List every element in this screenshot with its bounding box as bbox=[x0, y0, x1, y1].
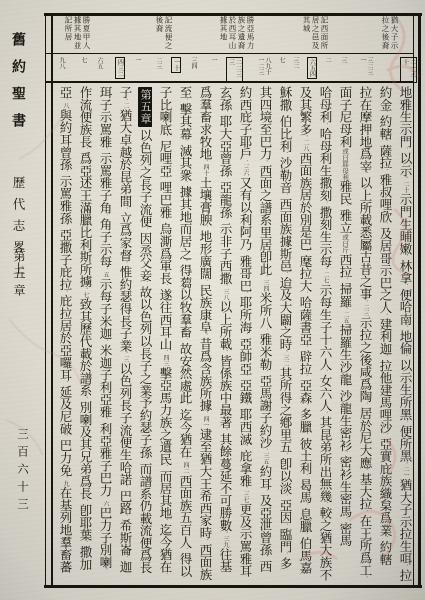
margin-annotation: 勝亞馬力族之遺裔於西耳山據其地 bbox=[233, 16, 255, 56]
chapter-margin-label: 第五章 bbox=[11, 250, 28, 301]
verse-number-group: 一 bbox=[134, 57, 141, 63]
verse-marker: 二五 bbox=[342, 312, 349, 324]
punctuation: 、 bbox=[343, 205, 348, 210]
verse-marker: 三二 bbox=[282, 355, 289, 367]
punctuation: 、 bbox=[403, 284, 408, 289]
verse-marker: 三九 bbox=[222, 536, 229, 548]
chapter-header-box: 第五章 bbox=[138, 87, 152, 127]
text-column: 哈母利、哈母利生撒刻、撒刻生示每。二七示每生子十六人、女六人。其昆弟所出無幾、較… bbox=[318, 86, 332, 582]
verse-marker: 三六 bbox=[242, 164, 249, 176]
punctuation: 、 bbox=[283, 494, 288, 499]
punctuation: 、 bbox=[363, 172, 368, 177]
frame-right-inner-rule bbox=[413, 13, 414, 588]
punctuation: 。 bbox=[63, 290, 68, 295]
text-column: 至、擊其幕、滅其衆、據其地而居之。得蒭以牧羣畜、故安然處此、迄今猶在。四二西面族… bbox=[178, 86, 192, 582]
verse-marker: 二七 bbox=[322, 272, 329, 284]
punctuation: 、 bbox=[103, 148, 108, 153]
verse-marker: 二一 bbox=[402, 466, 409, 478]
punctuation: 、 bbox=[363, 403, 368, 408]
punctuation: 、 bbox=[383, 433, 388, 438]
punctuation: 、 bbox=[383, 111, 388, 116]
margin-annotation: 記西面所居之邑及其城 bbox=[307, 16, 329, 56]
verse-number-group: 二一三十 bbox=[400, 57, 417, 83]
punctuation: 、 bbox=[83, 148, 88, 153]
punctuation: 、 bbox=[323, 123, 328, 128]
verse-marker: 四一 bbox=[202, 416, 209, 428]
punctuation: 、 bbox=[383, 140, 388, 145]
punctuation: 、 bbox=[283, 152, 288, 157]
punctuation: 、 bbox=[183, 98, 188, 103]
punctuation: 、 bbox=[403, 148, 408, 153]
punctuation: 、 bbox=[403, 325, 408, 330]
text-column: 及其繁多。二八西面族居於別是巴、麾拉大、哈薩書亞、辟拉、亞森、多臘、彼土利、曷馬… bbox=[298, 86, 312, 582]
punctuation: 、 bbox=[223, 111, 228, 116]
punctuation: 。 bbox=[103, 568, 108, 573]
verse-marker: 二 bbox=[122, 103, 129, 109]
text-column: 爲羣畜求牧地、四十土壤膏腴、地形廣闊、民族康阜。昔爲含族所據、四一逮至猶大王希西… bbox=[198, 86, 212, 582]
punctuation: 、 bbox=[243, 250, 248, 255]
punctuation: 、 bbox=[123, 485, 128, 490]
punctuation: 、 bbox=[323, 370, 328, 375]
frame-right-outer-rule bbox=[418, 13, 421, 588]
punctuation: 、 bbox=[143, 458, 148, 463]
text-column: 約西庇子耶戶、三六又有以利阿乃、雅哥巴、耶所海、亞帥亞、亞鐵、耶西滅、庇拿雅、三… bbox=[238, 86, 252, 582]
punctuation: 、 bbox=[323, 201, 328, 206]
verse-marker: 三八 bbox=[222, 289, 229, 301]
punctuation: 、 bbox=[163, 465, 168, 470]
punctuation: 。 bbox=[363, 576, 368, 581]
text-column: 穌撒、伯比利、沙勒音、西面族據斯邑、迨及大闢之時。三二其所得之鄕里五、卽以淡、亞… bbox=[278, 86, 292, 582]
text-column: 約金、約轄、薩拉、雅叔哩欣、及居哥示巴之人。建利迦、拉他建馬哩沙、亞實庇族織枲爲… bbox=[378, 86, 392, 582]
page-number: 三百六十三 bbox=[15, 428, 31, 516]
punctuation: 、 bbox=[263, 556, 268, 561]
punctuation: 、 bbox=[303, 533, 308, 538]
punctuation: 、 bbox=[383, 223, 388, 228]
punctuation: 、 bbox=[163, 177, 168, 182]
punctuation: 。 bbox=[323, 412, 328, 417]
punctuation: 、 bbox=[123, 207, 128, 212]
punctuation: 、 bbox=[383, 536, 388, 541]
punctuation: 、 bbox=[243, 375, 248, 380]
verse-marker: 三五 bbox=[262, 453, 269, 465]
punctuation: 。 bbox=[123, 261, 128, 266]
punctuation: 、 bbox=[63, 435, 68, 440]
punctuation: 、 bbox=[103, 214, 108, 219]
punctuation: 、 bbox=[283, 553, 288, 558]
punctuation: 。 bbox=[383, 313, 388, 318]
verse-marker: 三四 bbox=[262, 280, 269, 292]
verse-marker: 六 bbox=[102, 501, 109, 507]
punctuation: 、 bbox=[303, 503, 308, 508]
margin-annotation: 勝夏甲人據其地並記所居 bbox=[69, 16, 91, 56]
punctuation: 、 bbox=[183, 404, 188, 409]
verse-marker: 四十 bbox=[202, 164, 209, 176]
punctuation: 、 bbox=[303, 250, 308, 255]
punctuation: 、 bbox=[283, 272, 288, 277]
punctuation: 、 bbox=[143, 228, 148, 233]
punctuation: 、 bbox=[283, 524, 288, 529]
punctuation: 、 bbox=[183, 140, 188, 145]
punctuation: 。 bbox=[403, 354, 408, 359]
verse-marker: 七 bbox=[82, 292, 89, 298]
punctuation: 、 bbox=[203, 226, 208, 231]
text-column: 子。二猶大卓越於昆弟間、立爲家督。惟約瑟得長子業。三以色列長子流便生哈諾、巴路、… bbox=[118, 86, 132, 582]
punctuation: 、 bbox=[123, 515, 128, 520]
punctuation: 。 bbox=[183, 260, 188, 265]
punctuation: 、 bbox=[83, 500, 88, 505]
verse-number-group: 一 bbox=[210, 57, 217, 63]
punctuation: 、 bbox=[383, 169, 388, 174]
punctuation: 、 bbox=[163, 284, 168, 289]
punctuation: 、 bbox=[283, 111, 288, 116]
punctuation: 、 bbox=[343, 385, 348, 390]
punctuation: 、 bbox=[123, 556, 128, 561]
verse-number-group: 四三二 bbox=[115, 57, 125, 79]
punctuation: 、 bbox=[203, 539, 208, 544]
punctuation: 、 bbox=[183, 338, 188, 343]
punctuation: 、 bbox=[303, 404, 308, 409]
text-column: 第五章以色列之長子流便、因烝父妾、故以色列以長子之業予約瑟子孫、而譜系仍載流便爲… bbox=[138, 86, 152, 582]
verse-number-group: 七 bbox=[278, 57, 285, 63]
punctuation: 、 bbox=[243, 292, 248, 297]
text-column: 玄孫、耶大亞曾孫、亞龍孫、示非子西撒。三八以上所載、皆係族中最著。其餘蔓延不可勝… bbox=[218, 86, 232, 582]
text-column: 作流便族長、爲亞述王滿臘比利斯所擄。七致其歷代載於譜系。別喇及其兄弟爲長、卽耶葉… bbox=[78, 86, 92, 582]
punctuation: 。 bbox=[223, 428, 228, 433]
text-column: 地雅生示門、以示。二十示門生晡嫩、林拿、便哈南、地倫。以示生所黑、便所黑。二一猶… bbox=[398, 86, 412, 582]
verse-number-group: 八九十一二三 bbox=[257, 57, 271, 79]
punctuation: 。 bbox=[343, 517, 348, 522]
frame-left-inner-rule bbox=[51, 13, 53, 588]
punctuation: 、 bbox=[283, 453, 288, 458]
punctuation: 、 bbox=[203, 279, 208, 284]
punctuation: 、 bbox=[163, 135, 168, 140]
verse-number-group: 二二三三 bbox=[226, 57, 243, 83]
main-text-block: 地雅生示門、以示。二十示門生晡嫩、林拿、便哈南、地倫。以示生所黑、便所黑。二一猶… bbox=[58, 86, 412, 582]
punctuation: 、 bbox=[403, 565, 408, 570]
verse-number-group: 一十 bbox=[171, 57, 181, 73]
text-column: 亞、八與約耳曾孫、示罵雅孫、亞撒子庇拉。庇拉居於亞囉耳、延及尼破、巴力免。九在基… bbox=[58, 86, 72, 582]
margin-annotation: 記流便之後裔 bbox=[151, 16, 173, 56]
verse-number-group: 六五 bbox=[96, 57, 103, 69]
verse-number-group: 三四 bbox=[190, 57, 197, 69]
verse-number-group: 三 bbox=[340, 57, 347, 63]
punctuation: 。 bbox=[83, 397, 88, 402]
punctuation: 、 bbox=[143, 281, 148, 286]
punctuation: 、 bbox=[403, 421, 408, 426]
punctuation: 、 bbox=[343, 278, 348, 283]
verse-marker: 五 bbox=[102, 272, 109, 278]
punctuation: 、 bbox=[323, 502, 328, 507]
punctuation: 、 bbox=[183, 181, 188, 186]
verse-marker: 四二 bbox=[182, 462, 189, 474]
interlinear-note: 或曰耶母利 bbox=[341, 148, 349, 181]
verse-number-group: 六五四 bbox=[307, 57, 317, 79]
interlinear-note: 或曰斤 bbox=[341, 234, 349, 254]
verse-marker: 八 bbox=[62, 103, 69, 109]
punctuation: 、 bbox=[243, 404, 248, 409]
verse-marker: 九 bbox=[62, 481, 69, 487]
verse-marker: 三七 bbox=[242, 491, 249, 503]
text-column: 其四境至巴力。西面之譜系里居卽此。三四米所八、雅米勒、亞馬謝子約沙、三五約耳、及… bbox=[258, 86, 272, 582]
punctuation: 、 bbox=[103, 418, 108, 423]
annotation-divider-rule bbox=[45, 53, 414, 54]
punctuation: 、 bbox=[383, 355, 388, 360]
text-column: 珥子示罵雅、示罵雅子角、角子示每、五示每子米迦、米迦子利亞雅、利亞雅子巴力、六巴… bbox=[98, 86, 112, 582]
verse-marker: 二八 bbox=[302, 140, 309, 152]
punctuation: 、 bbox=[283, 194, 288, 199]
punctuation: 、 bbox=[103, 339, 108, 344]
verse-marker: 四三 bbox=[162, 355, 169, 367]
text-column: 子比喇底、尼哩亞、哩巴雅、烏澌爲軍長、遂往西耳山、四三擊亞馬力族之遺民、而居其地… bbox=[158, 86, 172, 582]
punctuation: 、 bbox=[303, 345, 308, 350]
text-column: 拉在摩押地爲宰、以上所載悉屬古昔之事。二三示拉之後咸爲陶、居於尼大應、基大拉、在… bbox=[358, 86, 372, 582]
punctuation: 、 bbox=[223, 218, 228, 223]
punctuation: 、 bbox=[303, 474, 308, 479]
punctuation: 、 bbox=[223, 177, 228, 182]
punctuation: 。 bbox=[203, 333, 208, 338]
frame-left-outer-rule bbox=[45, 13, 46, 588]
verse-marker: 三 bbox=[122, 356, 129, 362]
book-title: 舊約聖書 bbox=[8, 32, 28, 140]
punctuation: 、 bbox=[63, 170, 68, 175]
punctuation: 、 bbox=[63, 381, 68, 386]
punctuation: 、 bbox=[403, 255, 408, 260]
punctuation: 、 bbox=[223, 350, 228, 355]
verse-number-group: 七 bbox=[80, 57, 87, 63]
punctuation: 、 bbox=[263, 329, 268, 334]
punctuation: 。 bbox=[163, 573, 168, 578]
punctuation: 、 bbox=[343, 451, 348, 456]
text-column: 面子尼母利或曰耶母利雅民、雅立或曰斤西拉、掃羅。二五掃羅生沙龍、沙龍生密衫、密衫… bbox=[338, 86, 352, 582]
punctuation: 、 bbox=[83, 541, 88, 546]
verse-number-group: 三二 bbox=[292, 57, 299, 69]
punctuation: 、 bbox=[183, 548, 188, 553]
verse-number-group: 九八 bbox=[58, 57, 65, 69]
verse-marker: 二十 bbox=[402, 181, 409, 193]
verse-number-group: 二 bbox=[324, 57, 331, 63]
punctuation: 。 bbox=[263, 160, 268, 165]
verse-number-group: 三二三一 bbox=[359, 57, 373, 79]
verse-number-group: 二三 bbox=[155, 57, 162, 69]
punctuation: 、 bbox=[303, 433, 308, 438]
punctuation: 、 bbox=[243, 333, 248, 338]
punctuation: 、 bbox=[163, 519, 168, 524]
punctuation: 、 bbox=[263, 490, 268, 495]
punctuation: 、 bbox=[263, 370, 268, 375]
punctuation: 、 bbox=[363, 469, 368, 474]
punctuation: 、 bbox=[363, 510, 368, 515]
punctuation: 、 bbox=[243, 445, 248, 450]
punctuation: 、 bbox=[303, 375, 308, 380]
punctuation: 、 bbox=[303, 292, 308, 297]
frame-bottom-rule bbox=[44, 585, 422, 588]
margin-annotation: 猶大子示拉之後裔 bbox=[377, 16, 399, 56]
verse-marker: 二三 bbox=[362, 304, 369, 316]
punctuation: 、 bbox=[63, 224, 68, 229]
punctuation: 、 bbox=[163, 218, 168, 223]
